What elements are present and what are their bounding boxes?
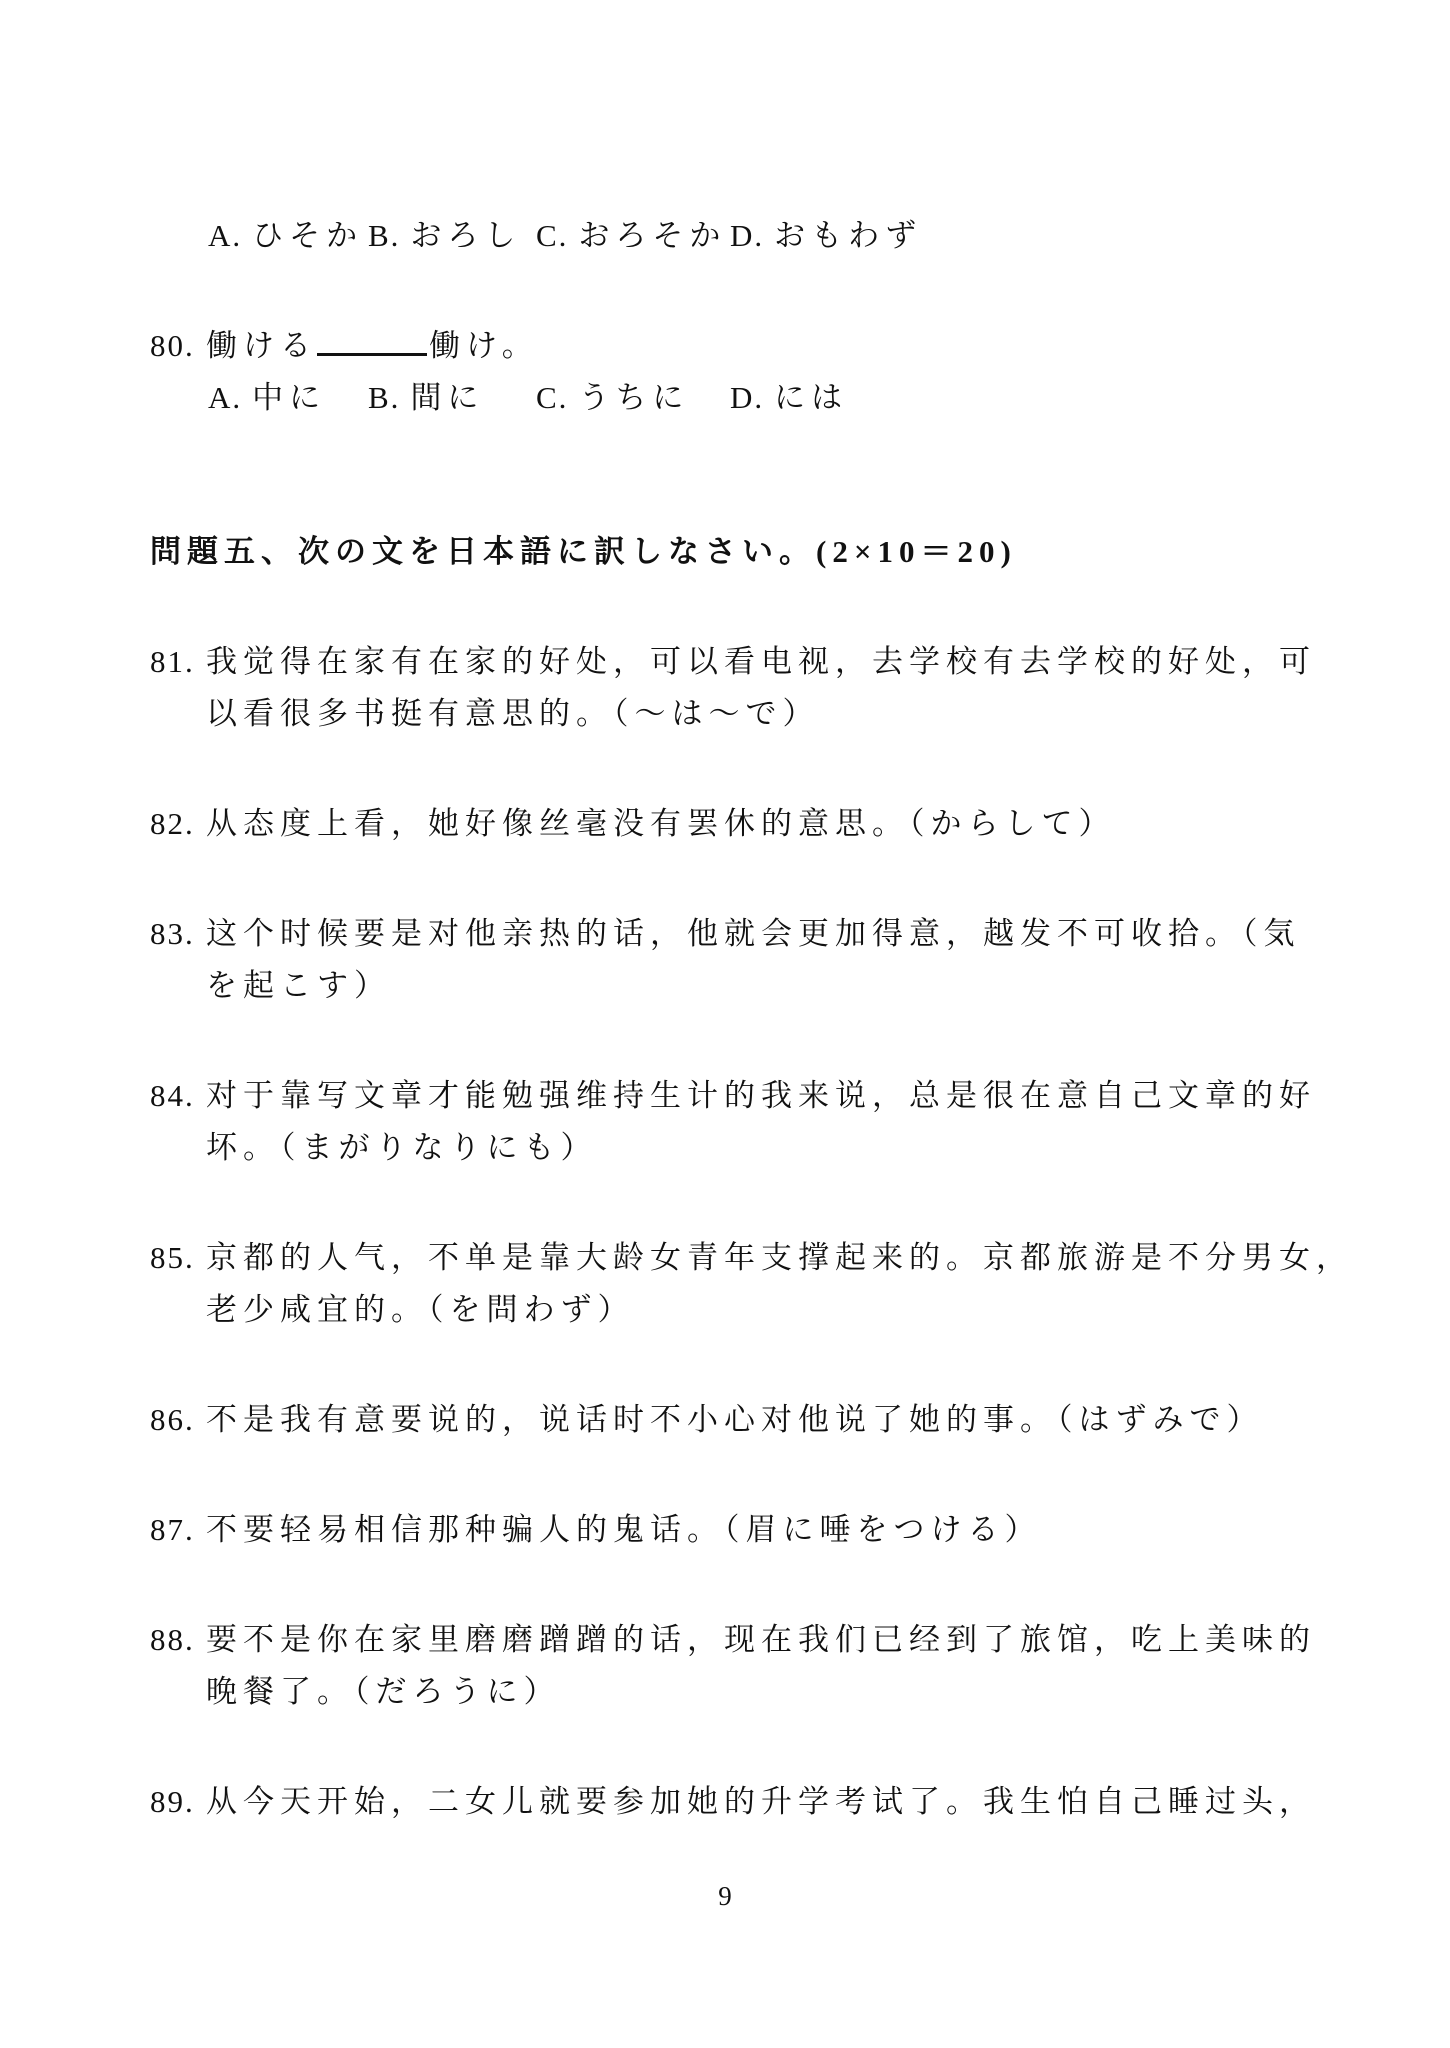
question-text: 老少咸宜的。（を問わず）	[206, 1284, 635, 1336]
stem-before-blank: 働ける	[206, 328, 317, 363]
question-line: 81. 我觉得在家有在家的好处，可以看电视，去学校有去学校的好处，可	[150, 636, 1360, 688]
question-number: 89.	[150, 1776, 206, 1828]
question-number: 80.	[150, 320, 206, 372]
question-number: 88.	[150, 1614, 206, 1666]
question-line: 85. 京都的人气，不单是靠大龄女青年支撑起来的。京都旅游是不分男女，	[150, 1232, 1360, 1284]
option-d-text: おもわず	[774, 218, 922, 253]
question-89: 89. 从今天开始，二女儿就要参加她的升学考试了。我生怕自己睡过头，	[150, 1776, 1360, 1828]
question-79-option-c: C.おろそか	[536, 210, 730, 262]
question-text: 以看很多书挺有意思的。（～は～で）	[206, 688, 820, 740]
question-text: 不是我有意要说的，说话时不小心对他说了她的事。（はずみで）	[206, 1394, 1264, 1446]
question-line: 86. 不是我有意要说的，说话时不小心对他说了她的事。（はずみで）	[150, 1394, 1360, 1446]
option-b-label: B.	[368, 218, 400, 253]
question-80: 80. 働ける働け。 A.中に B.間に C.うちに D.には	[150, 320, 1360, 424]
question-text: 坏。（まがりなりにも）	[206, 1122, 598, 1174]
indent-spacer	[150, 1122, 206, 1174]
question-86: 86. 不是我有意要说的，说话时不小心对他说了她的事。（はずみで）	[150, 1394, 1360, 1446]
question-80-options-row: A.中に B.間に C.うちに D.には	[208, 372, 1360, 424]
question-text: 从今天开始，二女儿就要参加她的升学考试了。我生怕自己睡过头，	[206, 1776, 1316, 1828]
question-80-stem: 80. 働ける働け。	[150, 320, 1360, 372]
option-b-text: おろし	[410, 218, 521, 253]
option-b-text: 間に	[410, 380, 484, 415]
question-number: 81.	[150, 636, 206, 688]
option-d-text: には	[774, 380, 848, 415]
question-79-option-a: A.ひそか	[208, 210, 368, 262]
question-line-continuation: 老少咸宜的。（を問わず）	[150, 1284, 1360, 1336]
indent-spacer	[150, 1666, 206, 1718]
page-number: 9	[0, 1876, 1450, 1916]
option-d-label: D.	[730, 380, 764, 415]
question-text: 这个时候要是对他亲热的话，他就会更加得意，越发不可收拾。（気	[206, 908, 1301, 960]
page-content: A.ひそか B.おろし C.おろそか D.おもわず 80. 働ける働け。 A.中…	[0, 0, 1450, 1886]
question-83: 83. 这个时候要是对他亲热的话，他就会更加得意，越发不可收拾。（気 を起こす）	[150, 908, 1360, 1012]
option-c-text: うちに	[578, 380, 689, 415]
question-79-option-d: D.おもわず	[730, 210, 922, 262]
question-text: を起こす）	[206, 960, 391, 1012]
question-line-continuation: 以看很多书挺有意思的。（～は～で）	[150, 688, 1360, 740]
stem-after-blank: 働け。	[429, 328, 539, 363]
question-line-continuation: 坏。（まがりなりにも）	[150, 1122, 1360, 1174]
question-line: 83. 这个时候要是对他亲热的话，他就会更加得意，越发不可收拾。（気	[150, 908, 1360, 960]
question-79-option-b: B.おろし	[368, 210, 536, 262]
question-82: 82. 从态度上看，她好像丝毫没有罢休的意思。（からして）	[150, 798, 1360, 850]
question-line: 88. 要不是你在家里磨磨蹭蹭的话，现在我们已经到了旅馆，吃上美味的	[150, 1614, 1360, 1666]
question-text: 京都的人气，不单是靠大龄女青年支撑起来的。京都旅游是不分男女，	[206, 1232, 1353, 1284]
question-number: 82.	[150, 798, 206, 850]
indent-spacer	[150, 688, 206, 740]
question-text: 从态度上看，她好像丝毫没有罢休的意思。（からして）	[206, 798, 1116, 850]
section-5-title: 問題五、次の文を日本語に訳しなさい。(2×10＝20)	[150, 526, 1360, 578]
question-line: 89. 从今天开始，二女儿就要参加她的升学考试了。我生怕自己睡过头，	[150, 1776, 1360, 1828]
question-number: 84.	[150, 1070, 206, 1122]
question-80-stem-text: 働ける働け。	[206, 320, 539, 372]
question-88: 88. 要不是你在家里磨磨蹭蹭的话，现在我们已经到了旅馆，吃上美味的 晚餐了。（…	[150, 1614, 1360, 1718]
question-81: 81. 我觉得在家有在家的好处，可以看电视，去学校有去学校的好处，可 以看很多书…	[150, 636, 1360, 740]
fill-in-blank-underline	[317, 324, 427, 356]
question-80-option-a: A.中に	[208, 372, 368, 424]
question-line: 82. 从态度上看，她好像丝毫没有罢休的意思。（からして）	[150, 798, 1360, 850]
question-text: 不要轻易相信那种骗人的鬼话。（眉に唾をつける）	[206, 1504, 1042, 1556]
question-number: 87.	[150, 1504, 206, 1556]
option-d-label: D.	[730, 218, 764, 253]
option-c-label: C.	[536, 218, 568, 253]
question-text: 我觉得在家有在家的好处，可以看电视，去学校有去学校的好处，可	[206, 636, 1316, 688]
option-c-text: おろそか	[578, 218, 726, 253]
indent-spacer	[150, 960, 206, 1012]
question-text: 对于靠写文章才能勉强维持生计的我来说，总是很在意自己文章的好	[206, 1070, 1316, 1122]
question-number: 86.	[150, 1394, 206, 1446]
question-85: 85. 京都的人气，不单是靠大龄女青年支撑起来的。京都旅游是不分男女， 老少咸宜…	[150, 1232, 1360, 1336]
question-80-option-b: B.間に	[368, 372, 536, 424]
question-text: 晚餐了。（だろうに）	[206, 1666, 561, 1718]
option-a-text: 中に	[252, 380, 326, 415]
question-text: 要不是你在家里磨磨蹭蹭的话，现在我们已经到了旅馆，吃上美味的	[206, 1614, 1316, 1666]
question-87: 87. 不要轻易相信那种骗人的鬼话。（眉に唾をつける）	[150, 1504, 1360, 1556]
question-line: 87. 不要轻易相信那种骗人的鬼话。（眉に唾をつける）	[150, 1504, 1360, 1556]
exam-document-page: A.ひそか B.おろし C.おろそか D.おもわず 80. 働ける働け。 A.中…	[0, 0, 1450, 2048]
option-a-label: A.	[208, 218, 242, 253]
indent-spacer	[150, 1284, 206, 1336]
question-number: 83.	[150, 908, 206, 960]
question-84: 84. 对于靠写文章才能勉强维持生计的我来说，总是很在意自己文章的好 坏。（まが…	[150, 1070, 1360, 1174]
question-80-option-d: D.には	[730, 372, 848, 424]
option-c-label: C.	[536, 380, 568, 415]
question-line-continuation: 晚餐了。（だろうに）	[150, 1666, 1360, 1718]
option-a-label: A.	[208, 380, 242, 415]
option-b-label: B.	[368, 380, 400, 415]
question-number: 85.	[150, 1232, 206, 1284]
question-line: 84. 对于靠写文章才能勉强维持生计的我来说，总是很在意自己文章的好	[150, 1070, 1360, 1122]
question-80-option-c: C.うちに	[536, 372, 730, 424]
question-line-continuation: を起こす）	[150, 960, 1360, 1012]
question-79-options-row: A.ひそか B.おろし C.おろそか D.おもわず	[208, 210, 1360, 262]
option-a-text: ひそか	[252, 218, 363, 253]
